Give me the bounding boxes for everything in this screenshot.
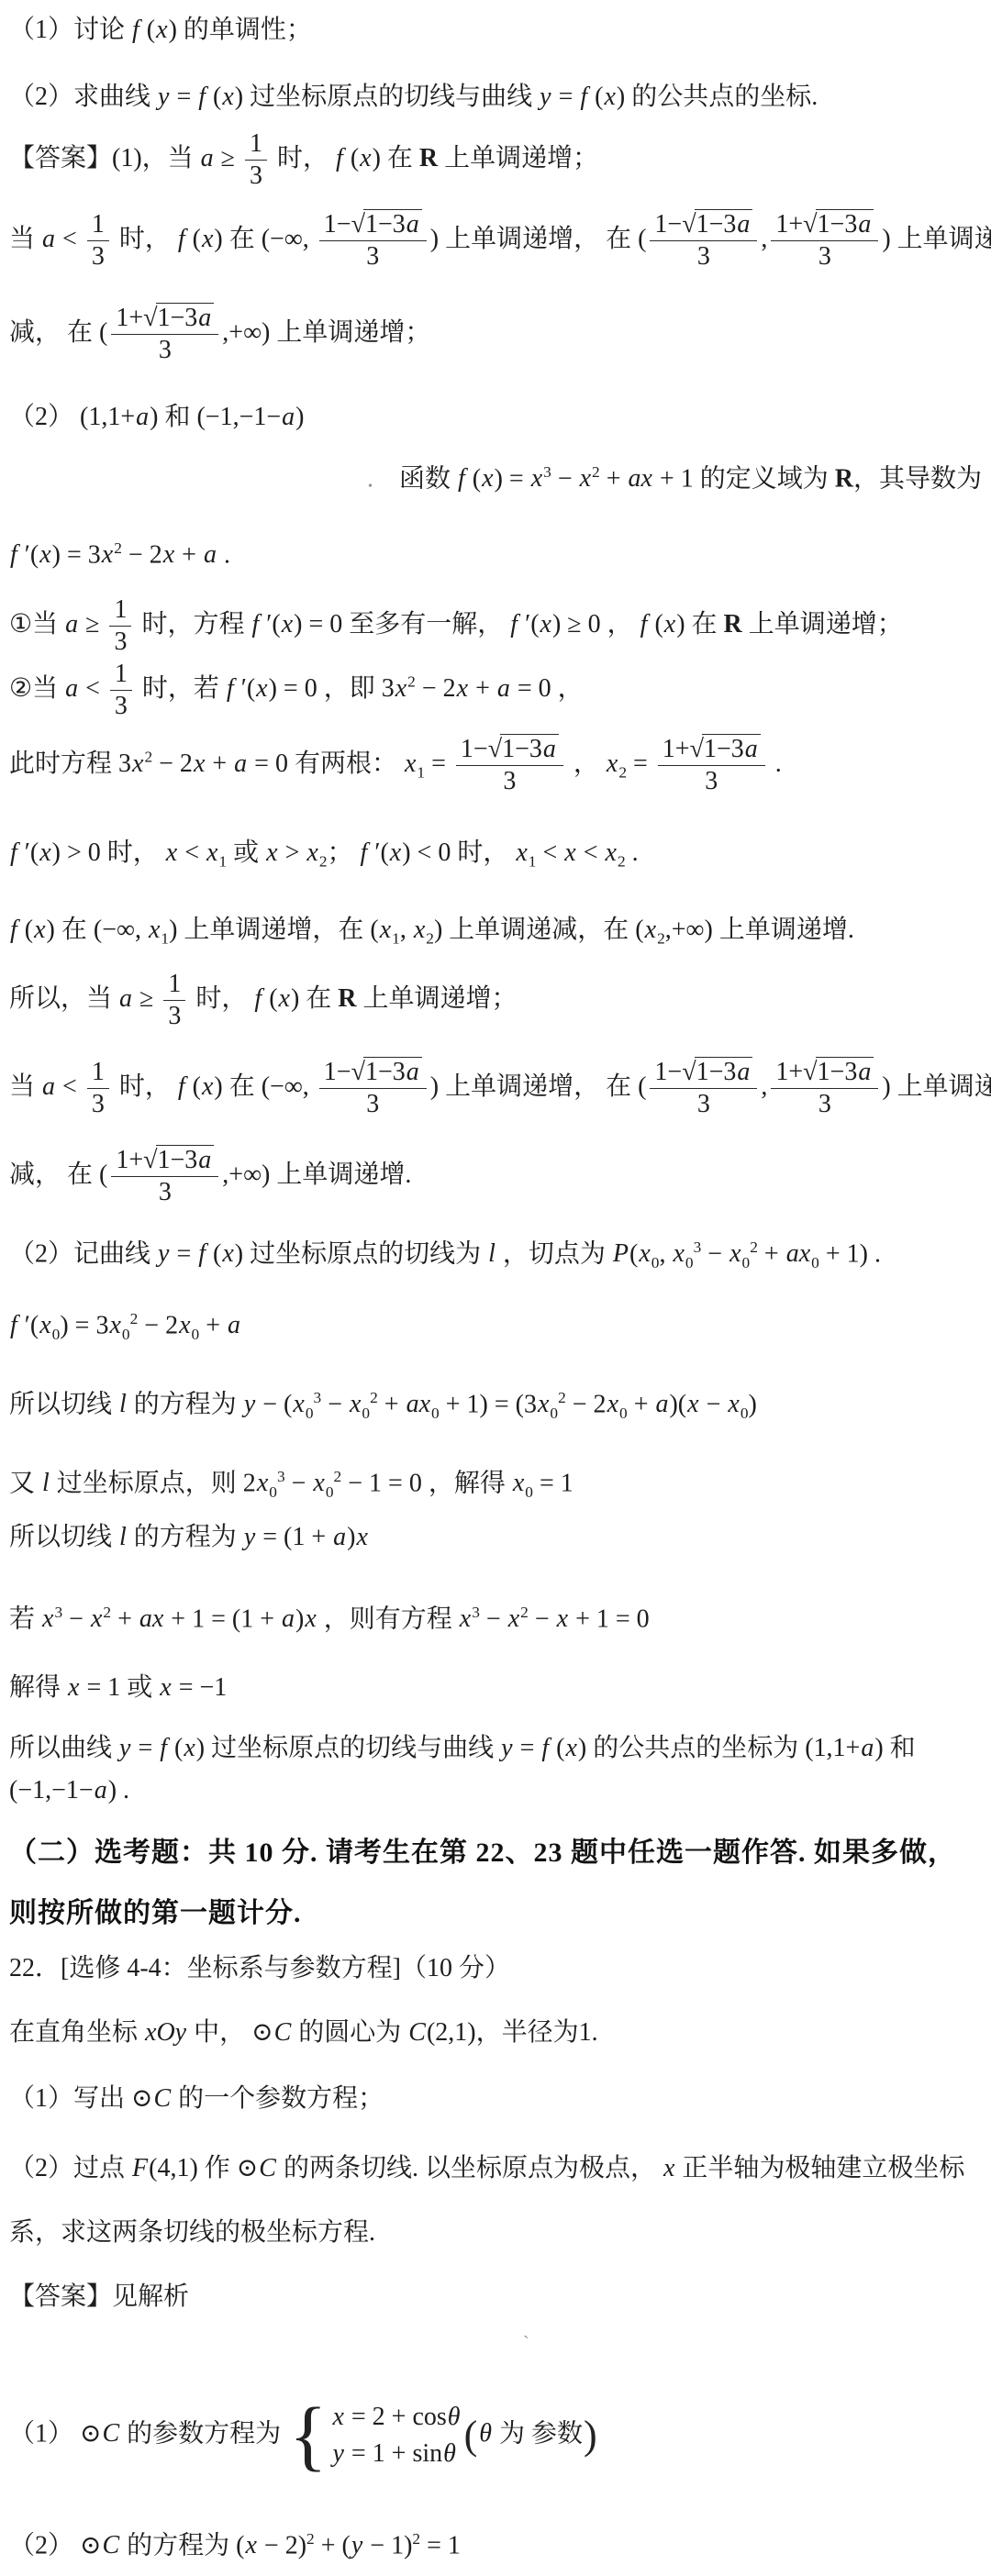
common-points-line1: 所以曲线 y = f (x) 过坐标原点的切线与曲线 y = f (x) 的公共… xyxy=(9,1732,916,1765)
solution-x-values: 解得 x = 1 或 x = −1 xyxy=(9,1671,227,1704)
derivative-at-x0: f ′(x0) = 3x02 − 2x0 + a xyxy=(9,1303,241,1351)
q22-title: 22．[选修 4-4：坐标系与参数方程]（10 分） xyxy=(9,1952,510,1985)
question-part2: （2）求曲线 y = f (x) 过坐标原点的切线与曲线 y = f (x) 的… xyxy=(9,81,818,114)
intersection-equation: 若 x3 − x2 + ax + 1 = (1 + a)x ，则有方程 x3 −… xyxy=(9,1596,650,1636)
answer1-case2-line2: 减， 在 (1+√1−3a3,+∞) 上单调递增； xyxy=(9,303,430,366)
answer1-part2-result: （2） (1,1+a) 和 (−1,−1−a) xyxy=(9,401,304,434)
conclusion-case2-line1: 当 a < 13 时， f (x) 在 (−∞, 1−√1−3a3) 上单调递增… xyxy=(9,1057,991,1120)
q22-part1: （1）写出 ⊙C 的一个参数方程； xyxy=(9,2082,384,2115)
q22-part2-line2: 系，求这两条切线的极坐标方程. xyxy=(9,2216,375,2249)
answer1-case1: 【答案】(1)，当 a ≥ 13 时， f (x) 在 R 上单调递增； xyxy=(9,128,598,192)
monotonic-intervals: f (x) 在 (−∞, x1) 上单调递增，在 (x1, x2) 上单调递减，… xyxy=(9,914,854,956)
common-points-line2: (−1,−1−a) . xyxy=(9,1774,129,1807)
document-page: （1）讨论 f (x) 的单调性； （2）求曲线 y = f (x) 过坐标原点… xyxy=(0,0,991,2576)
derivative-formula: f ′(x) = 3x2 − 2x + a . xyxy=(9,532,230,572)
case2-analysis: ②当 a < 13 时，若 f ′(x) = 0 ，即 3x2 − 2x + a… xyxy=(9,659,584,722)
solution-domain-derivative: . 函数 f (x) = x3 − x2 + ax + 1 的定义域为 R，其导… xyxy=(367,456,982,495)
tangent-line-simplified: 所以切线 l 的方程为 y = (1 + a)x xyxy=(9,1521,369,1554)
conclusion-case2-line2: 减， 在 (1+√1−3a3,+∞) 上单调递增. xyxy=(9,1145,411,1208)
scan-artifact: ` xyxy=(523,2326,529,2359)
origin-condition: 又 l 过坐标原点，则 2x03 − x02 − 1 = 0 ，解得 x0 = … xyxy=(9,1460,573,1509)
part2-tangent-setup: （2）记曲线 y = f (x) 过坐标原点的切线为 l ，切点为 P(x0, … xyxy=(9,1231,881,1280)
derivative-sign-analysis: f ′(x) > 0 时， x < x1 或 x > x2； f ′(x) < … xyxy=(9,837,639,879)
roots-formula: 此时方程 3x2 − 2x + a = 0 有两根： x1 = 1−√1−3a3… xyxy=(9,734,782,797)
conclusion-case1: 所以，当 a ≥ 13 时， f (x) 在 R 上单调递增； xyxy=(9,969,518,1032)
section2-header-line2: 则按所做的第一题计分. xyxy=(9,1897,302,1930)
case1-analysis: ①当 a ≥ 13 时，方程 f ′(x) = 0 至多有一解， f ′(x) … xyxy=(9,594,903,658)
q22-sol-parametric: （1） ⊙C 的参数方程为 {x = 2 + cosθy = 1 + sinθ(… xyxy=(9,2399,598,2472)
q22-answer-heading: 【答案】见解析 xyxy=(9,2281,189,2314)
q22-part2-line1: （2）过点 F(4,1) 作 ⊙C 的两条切线. 以坐标原点为极点， x 正半轴… xyxy=(9,2152,964,2185)
section2-header-line1: （二）选考题：共 10 分. 请考生在第 22、23 题中任选一题作答. 如果多… xyxy=(9,1837,956,1870)
answer1-case2-line1: 当 a < 13 时， f (x) 在 (−∞, 1−√1−3a3) 上单调递增… xyxy=(9,209,991,272)
q22-setup: 在直角坐标 xOy 中， ⊙C 的圆心为 C(2,1)，半径为1. xyxy=(9,2016,598,2049)
question-part1: （1）讨论 f (x) 的单调性； xyxy=(9,14,312,47)
tangent-line-equation: 所以切线 l 的方程为 y − (x03 − x02 + ax0 + 1) = … xyxy=(9,1382,757,1430)
q22-sol-circle-equation: （2） ⊙C 的方程为 (x − 2)2 + (y − 1)2 = 1 xyxy=(9,2523,461,2562)
